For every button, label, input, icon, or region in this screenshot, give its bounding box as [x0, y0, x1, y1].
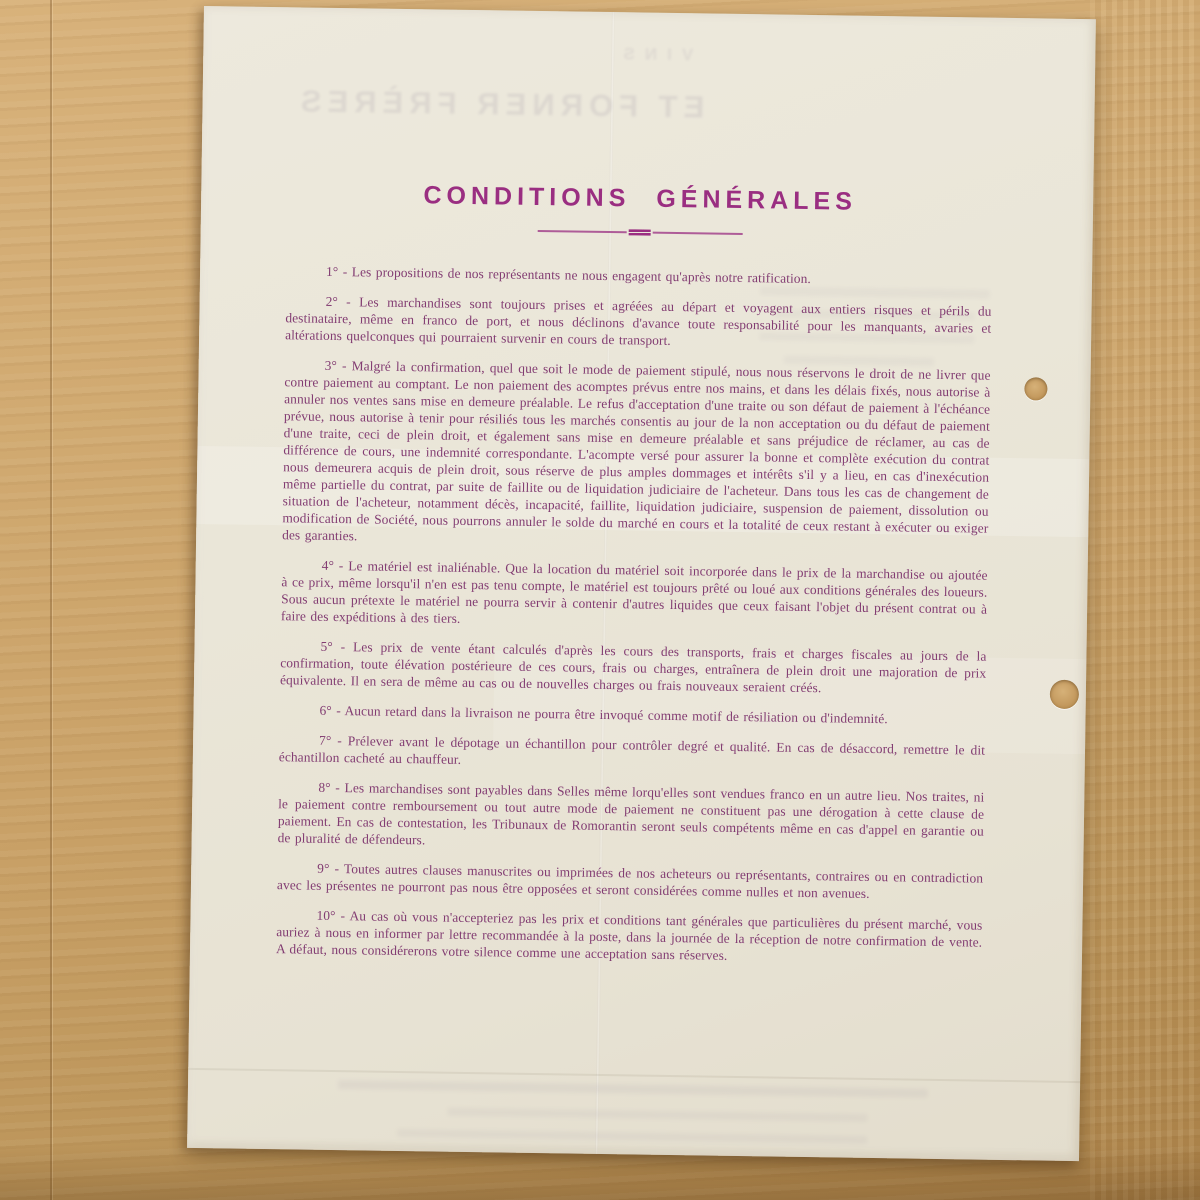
- clause-number: 8° -: [318, 780, 340, 795]
- title-divider: [537, 228, 742, 237]
- clause-text: Aucun retard dans la livraison ne pourra…: [344, 703, 887, 726]
- clause-list: 1° - Les propositions de nos représentan…: [276, 262, 992, 967]
- clause-4: 4° - Le matériel est inaliénable. Que la…: [281, 556, 988, 634]
- clause-5: 5° - Les prix de vente étant calculés d'…: [280, 637, 987, 698]
- clause-text: Le matériel est inaliénable. Que la loca…: [281, 558, 988, 626]
- clause-2: 2° - Les marchandises sont toujours pris…: [285, 292, 992, 353]
- clause-number: 3° -: [325, 358, 347, 373]
- divider-line-left: [537, 230, 627, 233]
- clause-number: 7° -: [319, 733, 342, 748]
- clause-text: Les propositions de nos représentants ne…: [352, 264, 811, 286]
- wood-grain-right: [1090, 0, 1200, 1200]
- document-paper: VINS ET FORNER FRÈRES CONDITIONS GÉNÉRAL…: [187, 6, 1096, 1161]
- page-title: CONDITIONS GÉNÉRALES: [287, 179, 993, 218]
- clause-text: Prélever avant le dépotage un échantillo…: [279, 733, 985, 767]
- photo-wood-table: VINS ET FORNER FRÈRES CONDITIONS GÉNÉRAL…: [0, 0, 1200, 1200]
- clause-8: 8° - Les marchandises sont payables dans…: [278, 778, 985, 856]
- clause-number: 6° -: [319, 703, 340, 718]
- clause-text: Les marchandises sont payables dans Sell…: [278, 780, 985, 847]
- clause-number: 4° -: [322, 558, 344, 573]
- clause-9: 9° - Toutes autres clauses manuscrites o…: [277, 859, 983, 903]
- wood-plank-joint: [50, 0, 52, 1200]
- document-content: CONDITIONS GÉNÉRALES 1° - Les propositio…: [187, 6, 1096, 1161]
- clause-number: 9° -: [317, 861, 339, 876]
- clause-number: 1° -: [326, 264, 347, 279]
- clause-7: 7° - Prélever avant le dépotage un échan…: [279, 731, 985, 775]
- divider-center-mark: [629, 229, 651, 235]
- clause-10: 10° - Au cas où vous n'accepteriez pas l…: [276, 906, 983, 967]
- clause-number: 5° -: [320, 639, 345, 654]
- clause-text: Toutes autres clauses manuscrites ou imp…: [277, 861, 983, 901]
- clause-6: 6° - Aucun retard dans la livraison ne p…: [279, 701, 985, 728]
- clause-text: Les marchandises sont toujours prises et…: [285, 294, 992, 348]
- clause-text: Malgré la confirmation, quel que soit le…: [282, 358, 991, 543]
- clause-3: 3° - Malgré la confirmation, quel que so…: [282, 356, 991, 553]
- clause-text: Au cas où vous n'accepteriez pas les pri…: [276, 908, 983, 963]
- clause-number: 10° -: [316, 908, 345, 923]
- clause-text: Les prix de vente étant calculés d'après…: [280, 639, 987, 695]
- clause-1: 1° - Les propositions de nos représentan…: [286, 262, 992, 289]
- clause-number: 2° -: [326, 294, 351, 309]
- divider-line-right: [653, 232, 743, 235]
